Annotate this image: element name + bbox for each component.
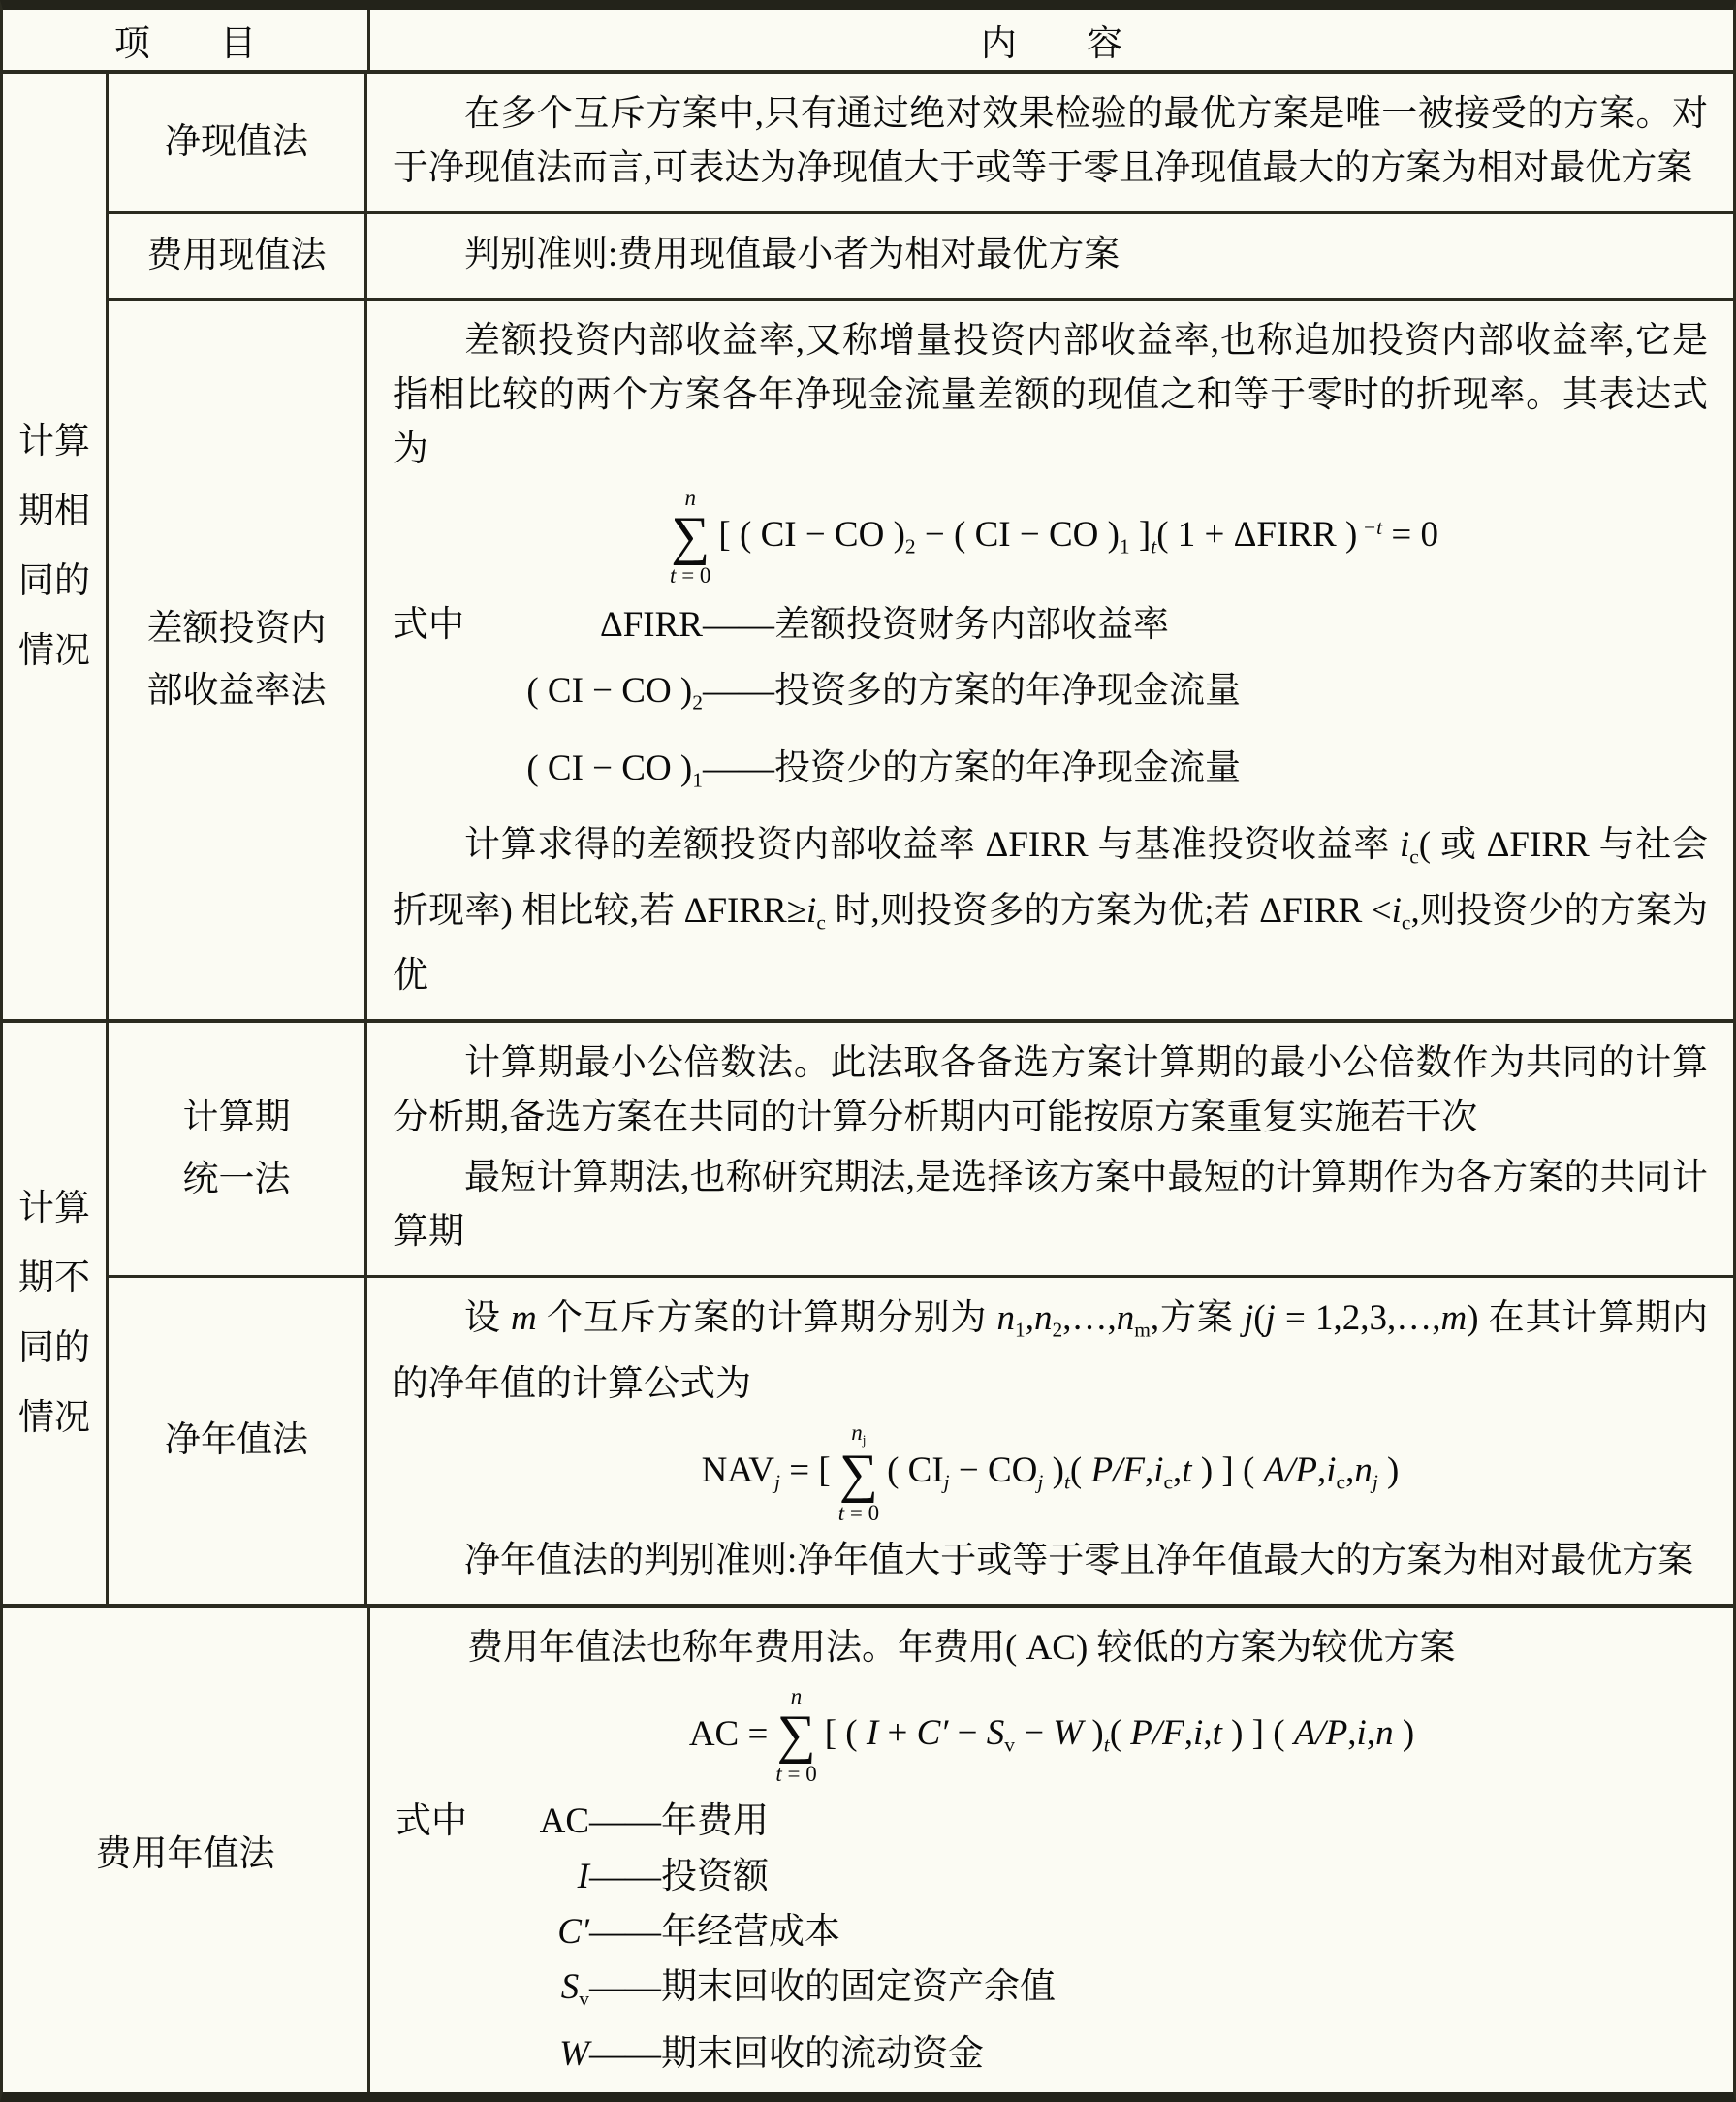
section-diff-period-rows: 计算期 统一法 计算期最小公倍数法。此法取各备选方案计算期的最小公倍数作为共同的… <box>109 1023 1733 1604</box>
definition-symbol: ( CI − CO )2 <box>494 664 703 730</box>
delta-paragraph-1: 差额投资内部收益率,又称增量投资内部收益率,也称追加投资内部收益率,它是指相比较… <box>393 314 1708 477</box>
group-label-line: 同的 <box>18 547 90 617</box>
group-label-line: 计算 <box>18 1174 90 1244</box>
definition-line: W ——期末回收的流动资金 <box>395 2027 1708 2082</box>
definition-text: ——投资额 <box>589 1850 769 1904</box>
scanned-table-page: 项 目 内 容 计算 期相 同的 情况 净现值法 在多个互斥方案中,只有通过绝对… <box>0 0 1736 2102</box>
definition-line: Sv ——期末回收的固定资产余值 <box>395 1960 1708 2026</box>
section-diff-period: 计算 期不 同的 情况 计算期 统一法 计算期最小公倍数法。此法取各备选方案计算… <box>3 1023 1733 1608</box>
definition-text: ——年经营成本 <box>589 1905 840 1959</box>
delta-irr-formula: n ∑ t = 0 [ ( CI − CO )2 − ( CI − CO )1 … <box>393 487 1708 587</box>
formula-lhs: NAVj = [ <box>702 1450 831 1494</box>
row-npv-content: 在多个互斥方案中,只有通过绝对效果检验的最优方案是唯一被接受的方案。对于净现值法… <box>367 74 1733 211</box>
group-label-line: 同的 <box>18 1314 90 1384</box>
nav-paragraph-2: 净年值法的判别准则:净年值大于或等于零且净年值最大的方案为相对最优方案 <box>393 1534 1708 1588</box>
row-npv-label: 净现值法 <box>109 74 367 211</box>
row-unify-label: 计算期 统一法 <box>109 1023 367 1275</box>
row-cost-pv-content: 判别准则:费用现值最小者为相对最优方案 <box>367 214 1733 298</box>
definition-prefix: 式中 <box>395 1795 497 1849</box>
definition-line: I ——投资额 <box>395 1850 1708 1904</box>
unify-paragraph-1: 计算期最小公倍数法。此法取各备选方案计算期的最小公倍数作为共同的计算分析期,备选… <box>393 1036 1708 1145</box>
row-cost-pv: 费用现值法 判别准则:费用现值最小者为相对最优方案 <box>109 214 1733 301</box>
sum-lower-limit: t = 0 <box>670 564 710 587</box>
group-label-line: 计算 <box>18 407 90 477</box>
section-same-period-rows: 净现值法 在多个互斥方案中,只有通过绝对效果检验的最优方案是唯一被接受的方案。对… <box>109 74 1733 1019</box>
delta-label-line: 部收益率法 <box>147 660 327 722</box>
row-annual-cost-content: 费用年值法也称年费用法。年费用( AC) 较低的方案为较优方案 AC = n ∑… <box>370 1608 1733 2092</box>
row-annual-cost-label: 费用年值法 <box>3 1608 370 2092</box>
row-nav: 净年值法 设 m 个互斥方案的计算期分别为 n1,n2,…,nm,方案 j(j … <box>109 1278 1733 1604</box>
definition-symbol: W <box>497 2027 589 2082</box>
definition-text: ——投资少的方案的年净现金流量 <box>703 742 1241 796</box>
definition-prefix: 式中 <box>393 598 494 653</box>
row-cost-pv-label: 费用现值法 <box>109 214 367 298</box>
group-label-line: 情况 <box>18 1384 90 1453</box>
definition-symbol: ( CI − CO )1 <box>494 742 703 808</box>
definition-symbol: Sv <box>497 1960 589 2026</box>
ac-symbol-definitions: 式中 AC ——年费用 I ——投资额 C′ ——年经营成本 <box>395 1795 1708 2082</box>
summation-symbol: nj ∑ t = 0 <box>838 1421 879 1524</box>
definition-line: C′ ——年经营成本 <box>395 1905 1708 1959</box>
definition-symbol: C′ <box>497 1905 589 1959</box>
definition-text: ——期末回收的固定资产余值 <box>589 1960 1056 2015</box>
definition-line: ( CI − CO )1 ——投资少的方案的年净现金流量 <box>393 742 1708 808</box>
definition-text: ——投资多的方案的年净现金流量 <box>703 664 1241 718</box>
nav-formula: NAVj = [ nj ∑ t = 0 ( CIj − COj )t( P/F,… <box>393 1421 1708 1524</box>
group-label-line: 期不 <box>18 1244 90 1314</box>
header-cell-content: 内 容 <box>370 10 1733 70</box>
formula-lhs: AC = <box>689 1714 769 1756</box>
definition-text: ——差额投资财务内部收益率 <box>703 598 1169 653</box>
definition-text: ——期末回收的流动资金 <box>589 2027 984 2082</box>
definition-line: 式中 AC ——年费用 <box>395 1795 1708 1849</box>
group-label-same-period: 计算 期相 同的 情况 <box>18 407 90 686</box>
definition-text: ——年费用 <box>589 1795 769 1849</box>
cost-pv-paragraph: 判别准则:费用现值最小者为相对最优方案 <box>393 228 1708 282</box>
row-delta-irr-label: 差额投资内 部收益率法 <box>109 301 367 1019</box>
group-label-line: 情况 <box>18 617 90 686</box>
method-comparison-table: 项 目 内 容 计算 期相 同的 情况 净现值法 在多个互斥方案中,只有通过绝对… <box>0 0 1736 2102</box>
unify-paragraph-2: 最短计算期法,也称研究期法,是选择该方案中最短的计算期作为各方案的共同计算期 <box>393 1151 1708 1259</box>
delta-paragraph-2: 计算求得的差额投资内部收益率 ΔFIRR 与基准投资收益率 ic( 或 ΔFIR… <box>393 818 1708 1003</box>
delta-label-line: 差额投资内 <box>147 598 327 660</box>
unify-label-line: 计算期 <box>183 1087 291 1149</box>
summation-symbol: n ∑ t = 0 <box>775 1685 816 1785</box>
npv-paragraph: 在多个互斥方案中,只有通过绝对效果检验的最优方案是唯一被接受的方案。对于净现值法… <box>393 87 1708 196</box>
row-nav-label: 净年值法 <box>109 1278 367 1604</box>
group-cell-diff-period: 计算 期不 同的 情况 <box>3 1023 109 1604</box>
formula-body: [ ( CI − CO )2 − ( CI − CO )1 ]t( 1 + ΔF… <box>718 515 1438 558</box>
ac-formula: AC = n ∑ t = 0 [ ( I + C′ − Sv − W )t( P… <box>395 1685 1708 1785</box>
section-same-period: 计算 期相 同的 情况 净现值法 在多个互斥方案中,只有通过绝对效果检验的最优方… <box>3 74 1733 1023</box>
row-nav-content: 设 m 个互斥方案的计算期分别为 n1,n2,…,nm,方案 j(j = 1,2… <box>367 1278 1733 1604</box>
header-cell-item: 项 目 <box>3 10 370 70</box>
definition-symbol: I <box>497 1850 589 1904</box>
row-unify-content: 计算期最小公倍数法。此法取各备选方案计算期的最小公倍数作为共同的计算分析期,备选… <box>367 1023 1733 1275</box>
row-unify-period: 计算期 统一法 计算期最小公倍数法。此法取各备选方案计算期的最小公倍数作为共同的… <box>109 1023 1733 1278</box>
formula-body: ( CIj − COj )t( P/F,ic,t ) ] ( A/P,ic,nj… <box>887 1450 1399 1494</box>
definition-symbol: ΔFIRR <box>494 598 703 653</box>
row-delta-irr: 差额投资内 部收益率法 差额投资内部收益率,又称增量投资内部收益率,也称追加投资… <box>109 301 1733 1019</box>
definition-line: 式中 ΔFIRR ——差额投资财务内部收益率 <box>393 598 1708 653</box>
definition-line: ( CI − CO )2 ——投资多的方案的年净现金流量 <box>393 664 1708 730</box>
table-header-row: 项 目 内 容 <box>3 10 1733 74</box>
row-npv: 净现值法 在多个互斥方案中,只有通过绝对效果检验的最优方案是唯一被接受的方案。对… <box>109 74 1733 214</box>
ac-paragraph-1: 费用年值法也称年费用法。年费用( AC) 较低的方案为较优方案 <box>395 1621 1708 1675</box>
group-cell-same-period: 计算 期相 同的 情况 <box>3 74 109 1019</box>
formula-body: [ ( I + C′ − Sv − W )t( P/F,i,t ) ] ( A/… <box>825 1713 1414 1757</box>
row-delta-irr-content: 差额投资内部收益率,又称增量投资内部收益率,也称追加投资内部收益率,它是指相比较… <box>367 301 1733 1019</box>
unify-label-line: 统一法 <box>183 1149 291 1211</box>
sum-lower-limit: t = 0 <box>775 1763 816 1785</box>
summation-symbol: n ∑ t = 0 <box>670 487 710 587</box>
delta-symbol-definitions: 式中 ΔFIRR ——差额投资财务内部收益率 ( CI − CO )2 ——投资… <box>393 598 1708 807</box>
group-label-diff-period: 计算 期不 同的 情况 <box>18 1174 90 1453</box>
row-annual-cost: 费用年值法 费用年值法也称年费用法。年费用( AC) 较低的方案为较优方案 AC… <box>3 1608 1733 2092</box>
sum-lower-limit: t = 0 <box>838 1502 879 1524</box>
sigma-glyph: ∑ <box>839 1449 878 1500</box>
sum-upper-limit: nj <box>851 1421 866 1447</box>
sigma-glyph: ∑ <box>777 1709 816 1761</box>
definition-symbol: AC <box>497 1795 589 1849</box>
sigma-glyph: ∑ <box>671 511 710 562</box>
group-label-line: 期相 <box>18 477 90 547</box>
nav-paragraph-1: 设 m 个互斥方案的计算期分别为 n1,n2,…,nm,方案 j(j = 1,2… <box>393 1291 1708 1412</box>
